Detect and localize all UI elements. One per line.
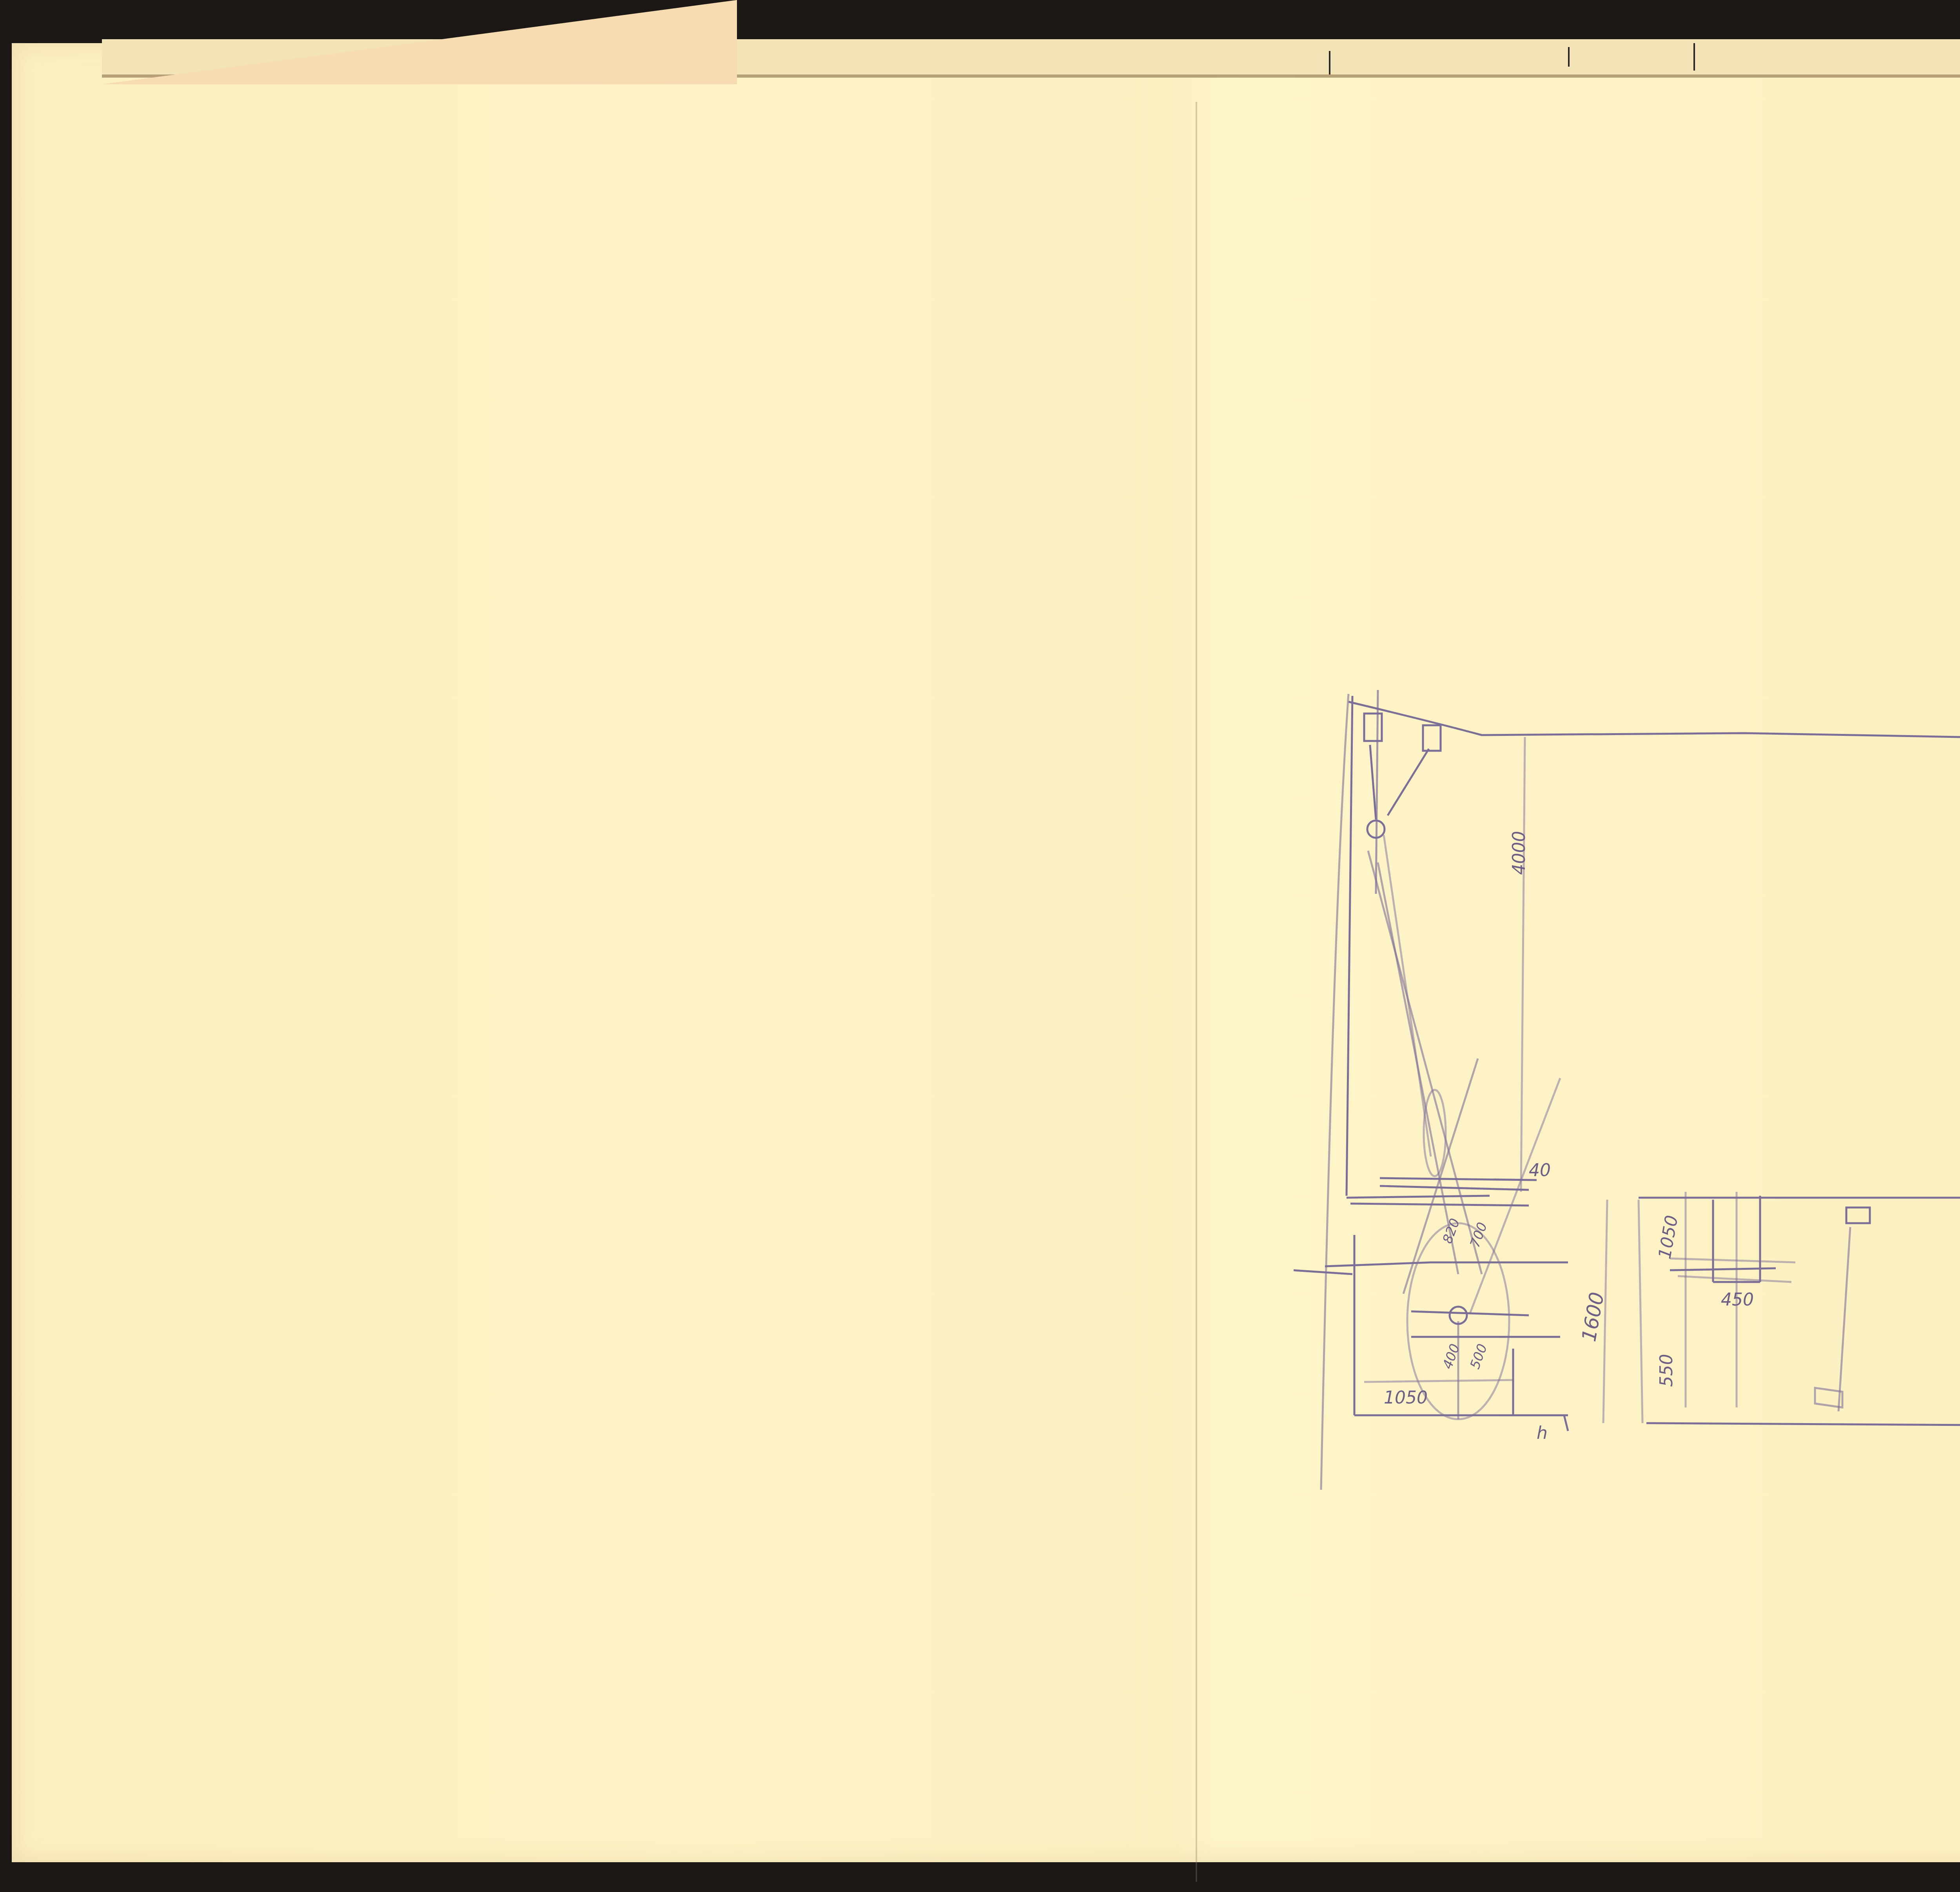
center-fold-line [1196, 102, 1197, 1882]
pencil-sketch: 4000 40 820 700 400 500 1050 h 1600 1050… [1294, 686, 1960, 1529]
dimension-label: 550 [1657, 1354, 1677, 1387]
dimension-label: 1050 [1384, 1388, 1428, 1408]
edge-tick-mark [1329, 51, 1330, 74]
edge-tick-mark [1568, 47, 1570, 67]
dimension-label: 40 [1529, 1160, 1551, 1180]
dimension-label: 450 [1721, 1290, 1754, 1310]
edge-tick-mark [1693, 43, 1695, 71]
dimension-label: 4000 [1509, 831, 1529, 875]
dimension-label: h [1537, 1423, 1548, 1443]
